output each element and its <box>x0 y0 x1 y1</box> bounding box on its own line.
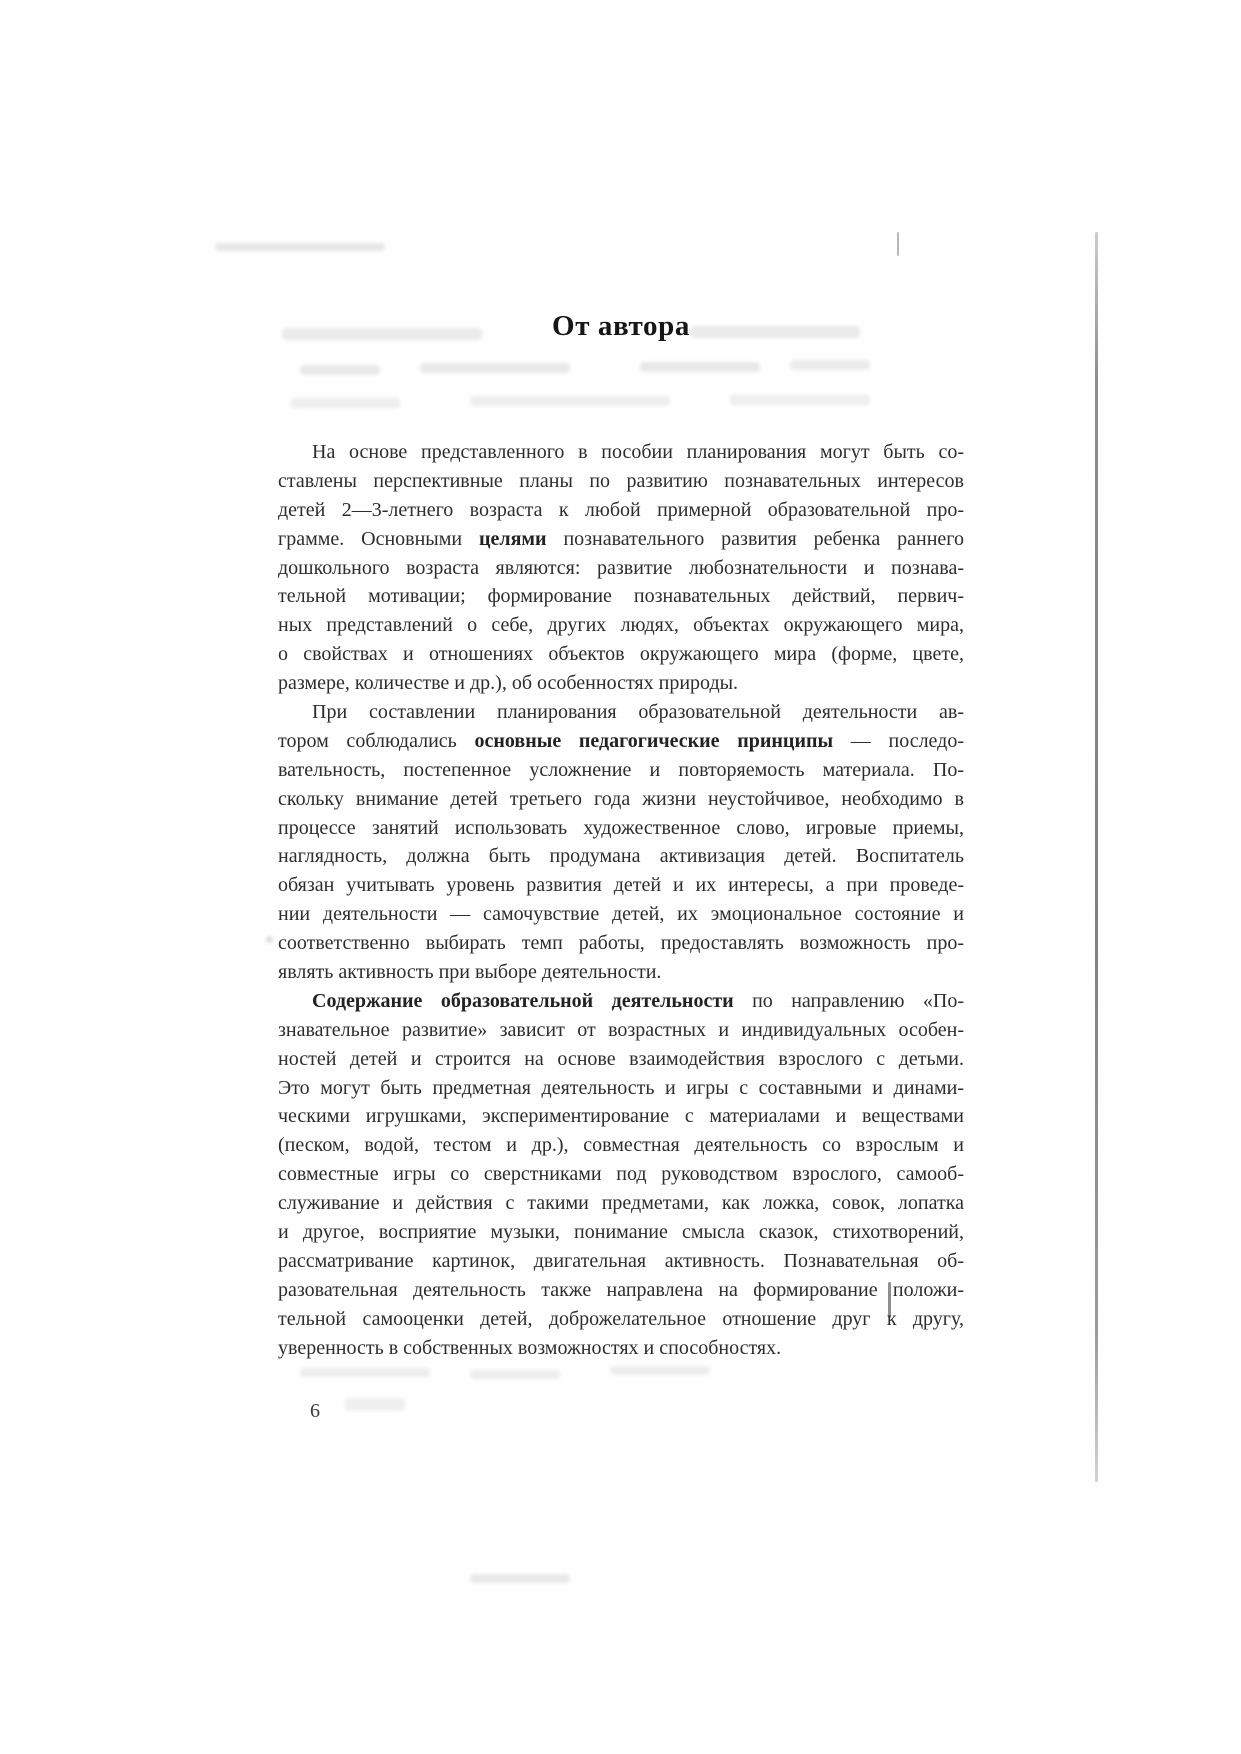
ghost-text-artifact <box>730 395 870 405</box>
text-line: тельной мотивации; формирование познават… <box>278 582 964 611</box>
text-line: На основе представленного в пособии план… <box>278 438 964 467</box>
body-text: нии деятельности — самочувствие детей, и… <box>278 903 964 925</box>
scan-edge-tick <box>897 232 899 256</box>
text-line: дошкольного возраста являются: развитие … <box>278 554 964 583</box>
text-block: На основе представленного в пособии план… <box>278 438 964 1363</box>
body-text: по направлению «По- <box>734 990 964 1012</box>
body-text: ческими игрушками, экспериментирование с… <box>278 1105 964 1127</box>
text-line: Содержание образовательной деятельности … <box>278 987 964 1016</box>
page-number: 6 <box>310 1400 320 1423</box>
text-line: ных представлений о себе, других людях, … <box>278 611 964 640</box>
ghost-text-artifact <box>470 396 670 406</box>
body-text: ностей детей и строится на основе взаимо… <box>278 1048 964 1070</box>
body-text: тельной мотивации; формирование познават… <box>278 585 964 607</box>
ghost-text-artifact <box>300 1368 430 1377</box>
ghost-text-artifact <box>215 243 385 251</box>
body-text: являть активность при выборе деятельност… <box>278 961 661 983</box>
text-line: ческими игрушками, экспериментирование с… <box>278 1102 964 1131</box>
body-text: размере, количестве и др.), об особеннос… <box>278 672 738 694</box>
body-text: На основе представленного в пособии план… <box>312 441 964 463</box>
paragraph: На основе представленного в пособии план… <box>278 438 964 698</box>
text-line: совместные игры со сверстниками под руко… <box>278 1160 964 1189</box>
body-text: наглядность, должна быть продумана актив… <box>278 845 964 867</box>
text-line: процессе занятий использовать художестве… <box>278 814 964 843</box>
text-line: уверенность в собственных возможностях и… <box>278 1334 964 1363</box>
body-text: ных представлений о себе, других людях, … <box>278 614 964 636</box>
body-text: — последо- <box>833 730 964 752</box>
text-line: о свойствах и отношениях объектов окружа… <box>278 640 964 669</box>
ghost-text-artifact <box>300 365 380 375</box>
body-text: служивание и действия с такими предметам… <box>278 1192 964 1214</box>
body-text: При составлении планирования образовател… <box>312 701 964 723</box>
ghost-text-artifact <box>640 362 760 372</box>
scanned-book-page: От автора На основе представленного в по… <box>0 0 1241 1754</box>
text-line: грамме. Основными целями познавательного… <box>278 525 964 554</box>
text-line: соответственно выбирать темп работы, пре… <box>278 929 964 958</box>
text-line: рассматривание картинок, двигательная ак… <box>278 1247 964 1276</box>
body-text: дошкольного возраста являются: развитие … <box>278 557 964 579</box>
text-line: тором соблюдались основные педагогически… <box>278 727 964 756</box>
text-line: нии деятельности — самочувствие детей, и… <box>278 900 964 929</box>
ghost-text-artifact <box>266 936 273 943</box>
text-line: размере, количестве и др.), об особеннос… <box>278 669 964 698</box>
body-text: (песком, водой, тестом и др.), совместна… <box>278 1134 964 1156</box>
bold-text: целями <box>479 528 547 550</box>
body-text: скольку внимание детей третьего года жиз… <box>278 788 964 810</box>
text-line: детей 2—3-летнего возраста к любой приме… <box>278 496 964 525</box>
body-text: Это могут быть предметная деятельность и… <box>278 1077 964 1099</box>
text-line: и другое, восприятие музыки, понимание с… <box>278 1218 964 1247</box>
body-text: тором соблюдались <box>278 730 475 752</box>
ghost-text-artifact <box>345 1398 405 1411</box>
body-text: ставлены перспективные планы по развитию… <box>278 470 964 492</box>
ghost-text-artifact <box>290 398 400 408</box>
text-line: тельной самооценки детей, доброжелательн… <box>278 1305 964 1334</box>
body-text: детей 2—3-летнего возраста к любой приме… <box>278 499 964 521</box>
text-line: ностей детей и строится на основе взаимо… <box>278 1045 964 1074</box>
body-text: тельной самооценки детей, доброжелательн… <box>278 1308 964 1330</box>
text-line: Это могут быть предметная деятельность и… <box>278 1074 964 1103</box>
text-line: наглядность, должна быть продумана актив… <box>278 842 964 871</box>
paragraph: Содержание образовательной деятельности … <box>278 987 964 1363</box>
body-text: уверенность в собственных возможностях и… <box>278 1337 781 1359</box>
ghost-text-artifact <box>420 363 570 373</box>
text-line: вательность, постепенное усложнение и по… <box>278 756 964 785</box>
paragraph: При составлении планирования образовател… <box>278 698 964 987</box>
body-text: процессе занятий использовать художестве… <box>278 817 964 839</box>
body-text: соответственно выбирать темп работы, пре… <box>278 932 964 954</box>
scan-edge-line <box>1095 232 1098 1482</box>
text-line: служивание и действия с такими предметам… <box>278 1189 964 1218</box>
text-line: обязан учитывать уровень развития детей … <box>278 871 964 900</box>
page-title: От автора <box>278 310 964 343</box>
text-line: разовательная деятельность также направл… <box>278 1276 964 1305</box>
body-text: и другое, восприятие музыки, понимание с… <box>278 1221 964 1243</box>
ghost-text-artifact <box>470 1574 570 1583</box>
text-line: (песком, водой, тестом и др.), совместна… <box>278 1131 964 1160</box>
body-text: вательность, постепенное усложнение и по… <box>278 759 964 781</box>
text-line: скольку внимание детей третьего года жиз… <box>278 785 964 814</box>
body-text: знавательное развитие» зависит от возрас… <box>278 1019 964 1041</box>
ghost-text-artifact <box>610 1366 710 1375</box>
body-text: обязан учитывать уровень развития детей … <box>278 874 964 896</box>
bold-text: Содержание образовательной деятельности <box>312 990 734 1012</box>
body-text: познавательного развития ребенка раннего <box>547 528 964 550</box>
text-line: знавательное развитие» зависит от возрас… <box>278 1016 964 1045</box>
bold-text: основные педагогические принципы <box>475 730 834 752</box>
body-text: о свойствах и отношениях объектов окружа… <box>278 643 964 665</box>
text-line: ставлены перспективные планы по развитию… <box>278 467 964 496</box>
text-line: являть активность при выборе деятельност… <box>278 958 964 987</box>
body-text: совместные игры со сверстниками под руко… <box>278 1163 964 1185</box>
body-text: рассматривание картинок, двигательная ак… <box>278 1250 964 1272</box>
text-line: При составлении планирования образовател… <box>278 698 964 727</box>
ghost-text-artifact <box>790 360 870 370</box>
body-text: грамме. Основными <box>278 528 479 550</box>
body-text: разовательная деятельность также направл… <box>278 1279 964 1301</box>
ghost-text-artifact <box>470 1370 560 1379</box>
